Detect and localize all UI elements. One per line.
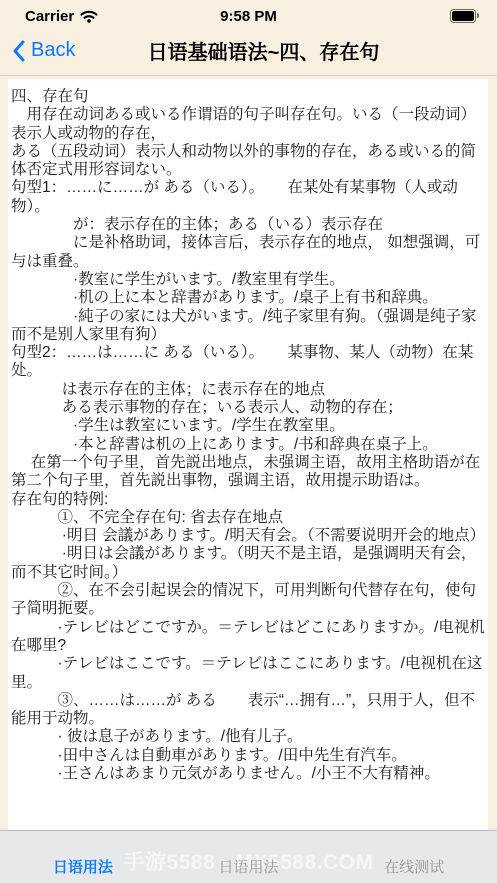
tab-list: 日语用法 日语用法 在线测试 (0, 831, 497, 883)
lesson-text-panel[interactable]: 四、存在句 用存在动词ある或いる作谓语的句子叫存在句。いる（一段动词）表示人或动… (8, 79, 488, 830)
wifi-icon (80, 10, 98, 23)
page-title: 日语基础语法~四、存在句 (102, 36, 425, 65)
content-paragraph: 四、存在句 (11, 88, 486, 106)
content-paragraph: 在第一个句子里，首先説出地点，未强调主语，故用主格助语が在第二个句子里，首先説出… (11, 454, 486, 491)
tab-item[interactable]: 日语用法 (0, 831, 166, 883)
content-paragraph: 句型2：……は……に ある（いる）。 某事物、某人（动物）在某处。 (11, 344, 486, 381)
content-paragraph: ·学生は教室にいます。/学生在教室里。 (11, 417, 486, 435)
content-paragraph: ·明日 会議があります。/明天有会。（不需要说明开会的地点） (11, 527, 486, 545)
content-paragraph: · 彼は息子があります。/他有儿子。 (11, 728, 486, 746)
content-paragraph: ②、在不会引起误会的情况下，可用判断句代替存在句，使句子简明扼要。 (11, 582, 486, 619)
content-paragraph: ·本と辞書は机の上にあります。/书和辞典在桌子上。 (11, 436, 486, 454)
content-paragraph: が：表示存在的主体；ある（いる）表示存在 (11, 216, 486, 234)
tab-item[interactable]: 在线测试 (331, 831, 497, 883)
content-paragraph: ある（五段动词）表示人和动物以外的事物的存在，ある或いる的简体否定式用形容词ない… (11, 143, 486, 180)
content-paragraph: に是补格助词，接体言后，表示存在的地点， 如想强调，可与は重叠。 (11, 234, 486, 271)
back-chevron-icon (12, 40, 25, 62)
app-window: Carrier 9:58 PM Back (0, 0, 497, 883)
content-paragraph: ·純子の家には犬がいます。/纯子家里有狗。（强调是纯子家而不是别人家里有狗） (11, 308, 486, 345)
content-area: 四、存在句 用存在动词ある或いる作谓语的句子叫存在句。いる（一段动词）表示人或动… (0, 76, 497, 830)
tab-label: 日语用法 (53, 856, 113, 877)
content-paragraph: ·テレビはここです。＝テレビはここにあります。/电视机在这里。 (11, 655, 486, 692)
content-paragraph: 句型1：……に……が ある（いる）。 在某处有某事物（人或动物）。 (11, 179, 486, 216)
content-paragraph: は表示存在的主体；に表示存在的地点 (11, 381, 486, 399)
tab-label: 日语用法 (219, 856, 279, 877)
tab-item[interactable]: 日语用法 (166, 831, 332, 883)
content-paragraph: ある表示事物的存在；いる表示人、动物的存在； (11, 399, 486, 417)
status-bar: Carrier 9:58 PM (0, 0, 497, 30)
back-label: Back (31, 39, 75, 62)
battery-icon (450, 9, 476, 23)
content-paragraph: ·明日は会議があります。（明天不是主语，是强调明天有会，而不其它时间。） (11, 545, 486, 582)
back-button[interactable]: Back (12, 39, 102, 62)
content-paragraph: ③、……は……が ある 表示“…拥有…”，只用于人，但不能用于动物。 (11, 692, 486, 729)
content-paragraph: ①、不完全存在句: 省去存在地点 (11, 509, 486, 527)
content-paragraph: ·王さんはあまり元気がありません。/小王不大有精神。 (11, 765, 486, 783)
content-paragraph: ·田中さんは自動車があります。/田中先生有汽车。 (11, 747, 486, 765)
carrier-label: Carrier (25, 8, 74, 25)
content-paragraph: ·机の上に本と辞書があります。/桌子上有书和辞典。 (11, 289, 486, 307)
content-paragraph: 存在句的特例: (11, 491, 486, 509)
tab-bar: 手游5588 · MX5588.COM 日语用法 日语用法 在线测试 (0, 830, 497, 883)
content-paragraph: ·テレビはどこですか。＝テレビはどこにありますか。/电视机在哪里? (11, 619, 486, 656)
content-paragraph: 用存在动词ある或いる作谓语的句子叫存在句。いる（一段动词）表示人或动物的存在， (11, 106, 486, 143)
nav-bar: Back 日语基础语法~四、存在句 (0, 30, 497, 76)
tab-label: 在线测试 (384, 856, 444, 877)
content-paragraph: ·教室に学生がいます。/教室里有学生。 (11, 271, 486, 289)
